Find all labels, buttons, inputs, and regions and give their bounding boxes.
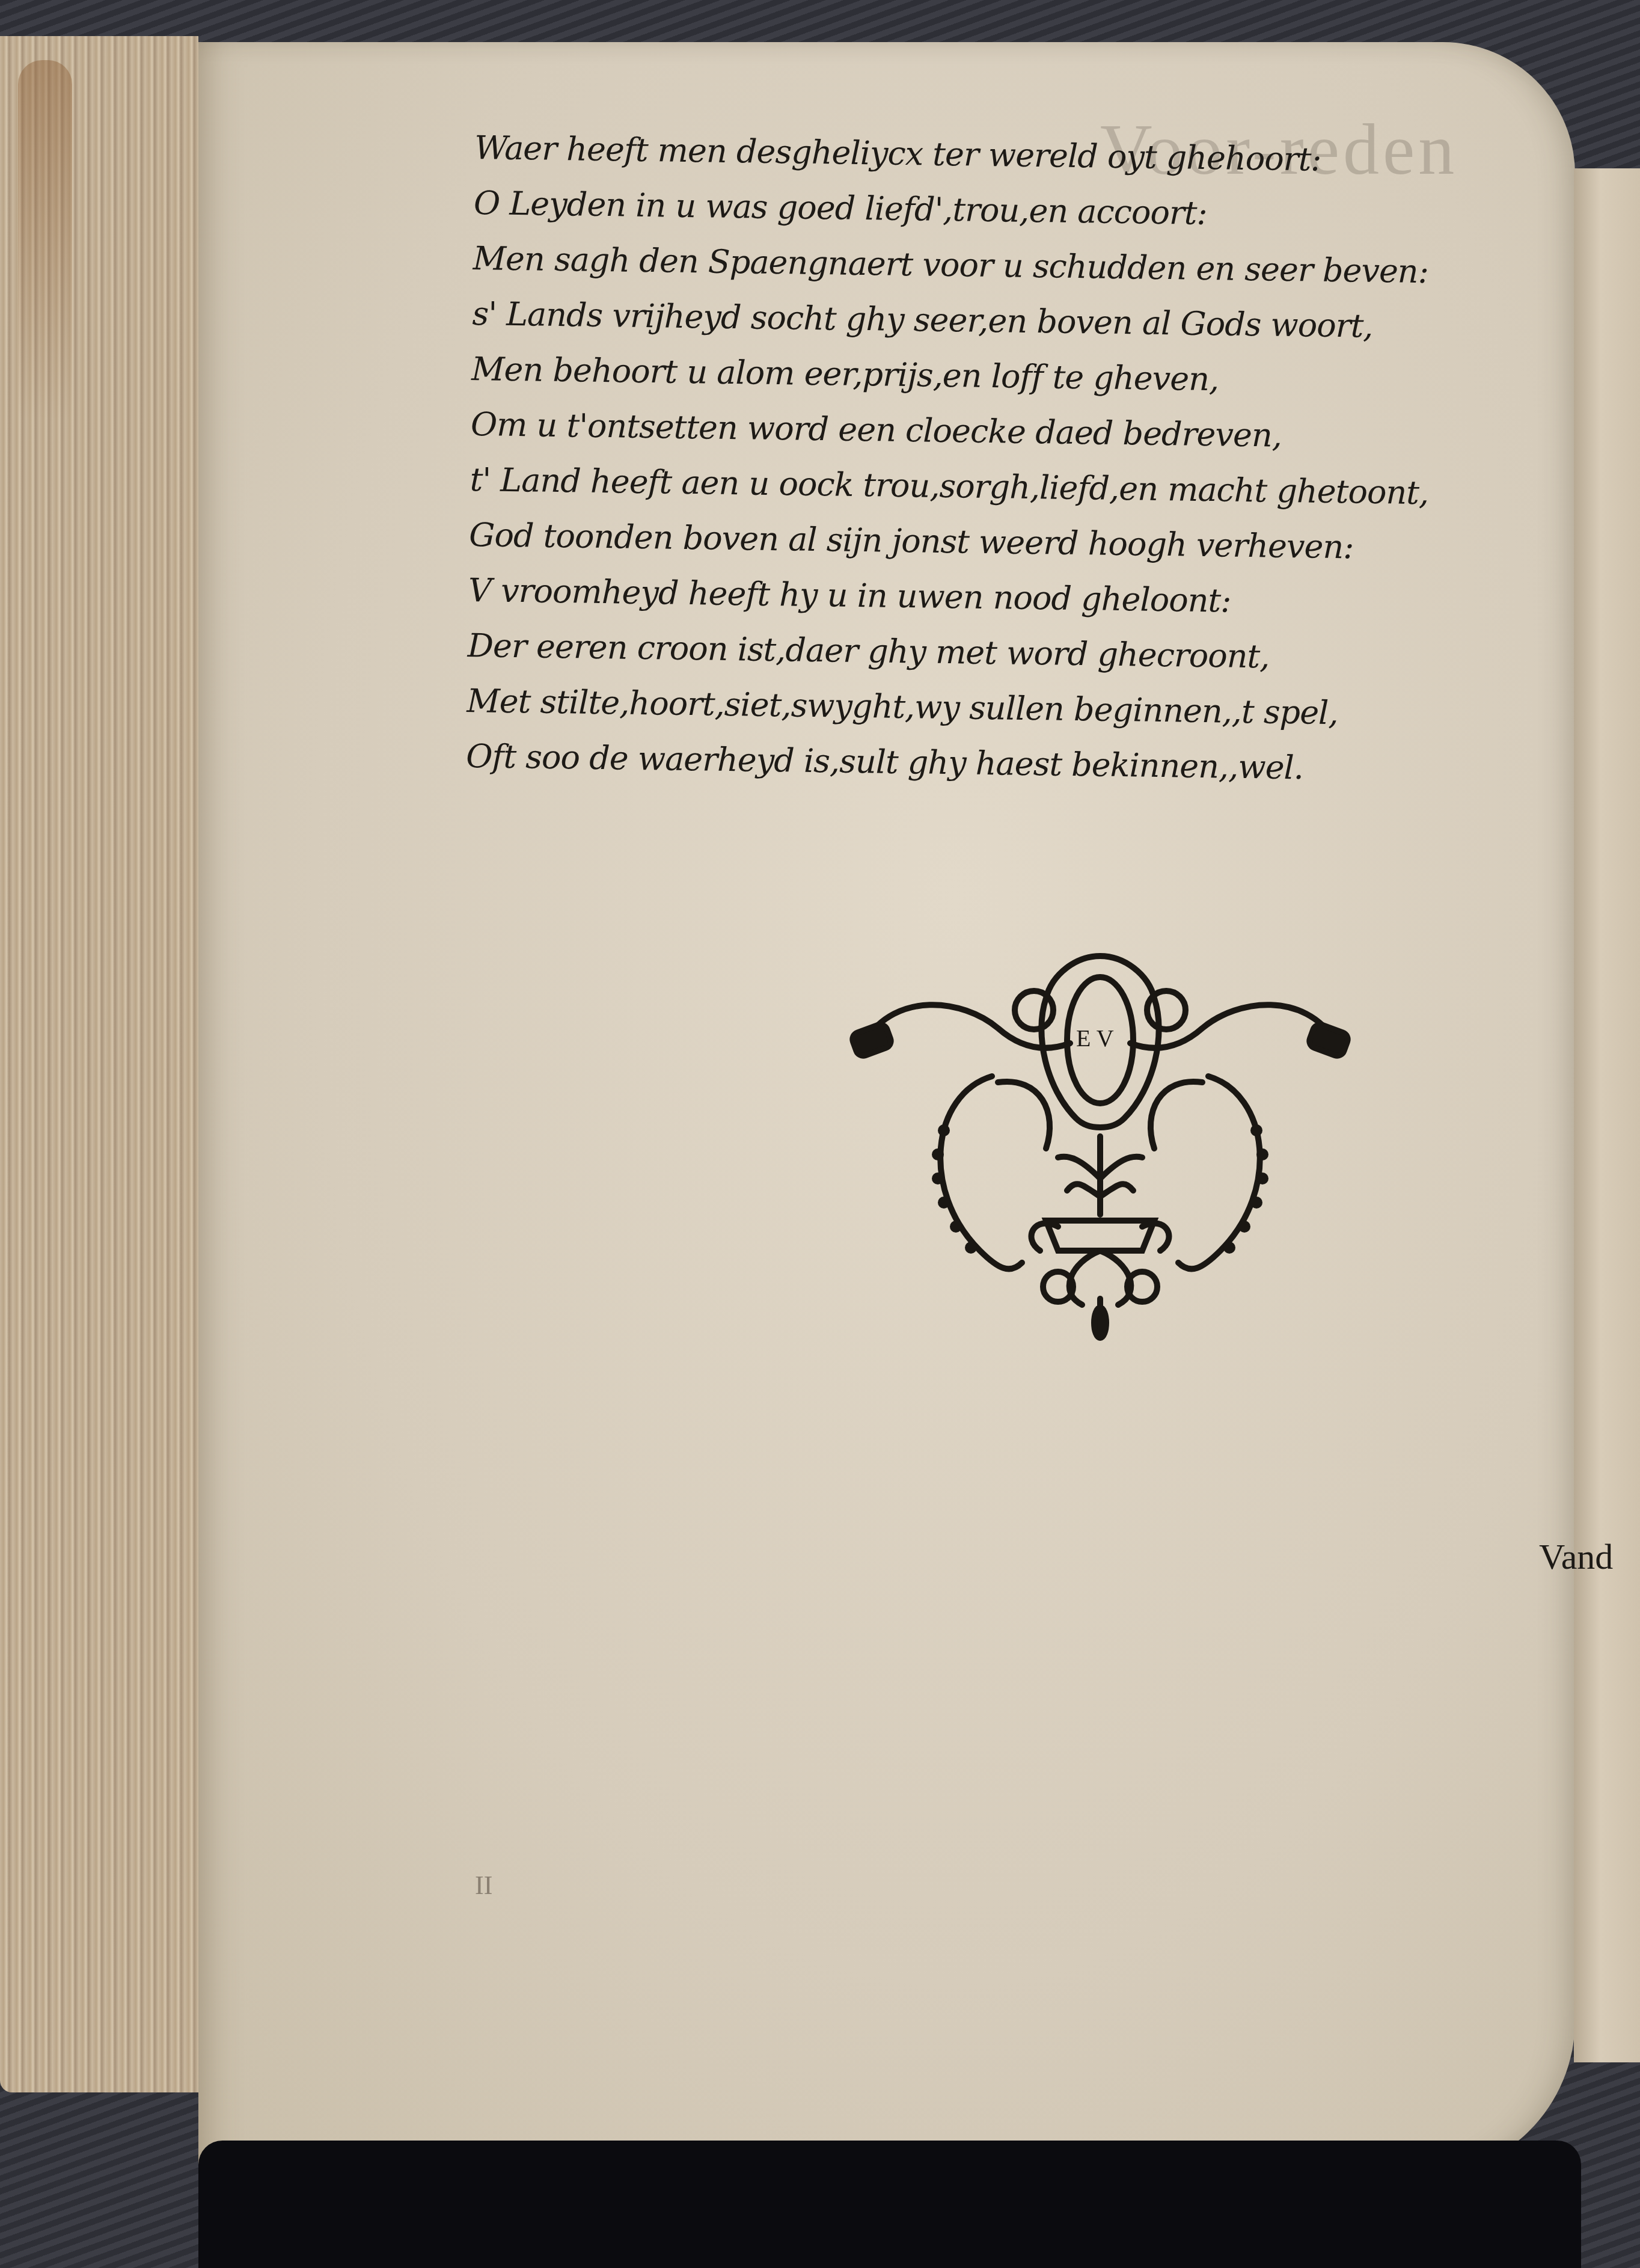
signature-mark: II	[475, 1870, 492, 1901]
catchword: Vand	[1539, 1536, 1613, 1578]
facing-page-edge	[1574, 168, 1640, 2062]
svg-text:E V: E V	[1076, 1025, 1114, 1052]
water-stain	[18, 60, 72, 421]
woodcut-ornament-icon: E V	[842, 938, 1359, 1341]
page-stack-left-edge	[0, 36, 198, 2092]
book-bottom-shadow	[198, 2141, 1581, 2268]
poem-text: Waer heeft men desgheliycx ter wereld oy…	[466, 120, 1497, 798]
